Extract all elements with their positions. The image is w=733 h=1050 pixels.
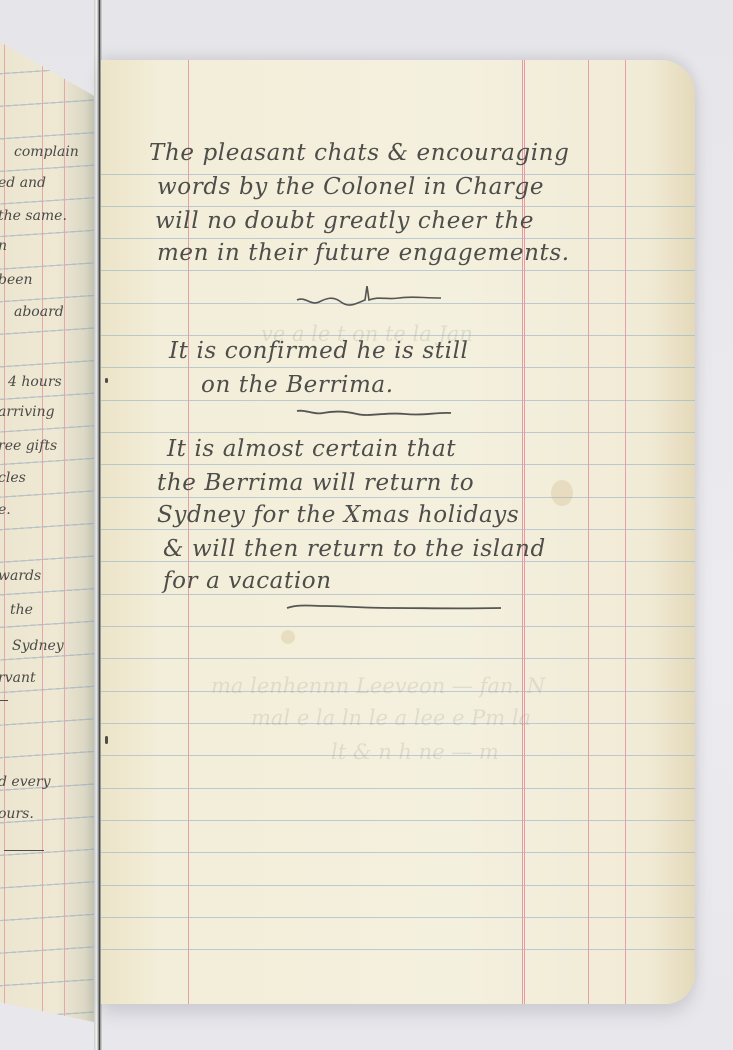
left-page-fragment: complain — [14, 144, 79, 160]
show-through-text: lt & n h ne — m — [331, 740, 499, 764]
left-page-fragment: Sydney — [12, 638, 64, 654]
paper-stain — [551, 480, 573, 506]
left-page-fragment: ed and — [0, 175, 46, 191]
handwritten-line: words by the Colonel in Charge — [157, 174, 544, 200]
left-page: complain ed and the same. n been aboard … — [0, 42, 94, 1022]
left-page-fragment: cles — [0, 470, 26, 486]
rule-line — [101, 820, 695, 821]
left-page-fragment: 4 hours — [8, 374, 62, 390]
left-page-underline — [4, 850, 44, 851]
left-page-dash — [0, 700, 8, 701]
column-line — [625, 60, 626, 1004]
rule-line — [101, 497, 695, 498]
handwritten-line: for a vacation — [163, 568, 332, 594]
rule-line — [101, 206, 695, 207]
rule-line — [101, 949, 695, 950]
paper-stain — [281, 630, 295, 644]
rule-line — [101, 917, 695, 918]
left-page-fragment: aboard — [14, 304, 64, 320]
rule-line — [101, 658, 695, 659]
left-page-column-line — [64, 42, 65, 1022]
show-through-text: ma lenhennn Leeveon — fan. N — [211, 674, 545, 698]
rule-line — [101, 594, 695, 595]
margin-mark — [105, 378, 108, 383]
left-page-fragment: e. — [0, 502, 11, 518]
left-page-fragment: been — [0, 272, 33, 288]
column-line-double — [522, 60, 525, 1004]
rule-line — [101, 626, 695, 627]
handwritten-line: & will then return to the island — [163, 536, 546, 562]
handwritten-line: the Berrima will return to — [157, 470, 474, 496]
left-page-fragment: arriving — [0, 404, 55, 420]
rule-line — [101, 464, 695, 465]
handwritten-line: It is confirmed he is still — [169, 338, 469, 364]
divider-squiggle — [295, 286, 445, 312]
handwritten-line: It is almost certain that — [167, 436, 456, 462]
margin-line — [188, 60, 189, 1004]
handwritten-line: Sydney for the Xmas holidays — [157, 502, 519, 528]
left-page-fragment: n — [0, 238, 7, 254]
divider-squiggle — [295, 405, 455, 421]
rule-line — [101, 529, 695, 530]
show-through-text: mal e la ln le a lee e Pm la — [251, 706, 531, 730]
left-page-fragment: ree gifts — [0, 438, 57, 454]
column-line — [588, 60, 589, 1004]
handwritten-line: on the Berrima. — [201, 372, 394, 398]
rule-line — [101, 400, 695, 401]
left-page-fragment: d every — [0, 774, 51, 790]
glass-edge — [99, 0, 100, 1050]
rule-line — [101, 788, 695, 789]
rule-line — [101, 852, 695, 853]
rule-line — [101, 367, 695, 368]
left-page-fragment: rvant — [0, 670, 36, 686]
left-page-fragment: ours. — [0, 806, 34, 822]
left-page-fragment: the same. — [0, 208, 67, 224]
left-page-fragment: the — [10, 602, 33, 618]
left-page-fragment: wards — [0, 568, 41, 584]
notebook-page: ve a le t on te la Jan ma lenhennn Leeve… — [101, 60, 695, 1004]
handwritten-line: men in their future engagements. — [157, 240, 570, 266]
rule-line — [101, 238, 695, 239]
margin-mark — [105, 736, 108, 744]
rule-line — [101, 432, 695, 433]
divider-squiggle — [285, 600, 505, 614]
rule-line — [101, 885, 695, 886]
handwritten-line: The pleasant chats & encouraging — [149, 140, 569, 166]
handwritten-line: will no doubt greatly cheer the — [155, 208, 534, 234]
rule-line — [101, 270, 695, 271]
